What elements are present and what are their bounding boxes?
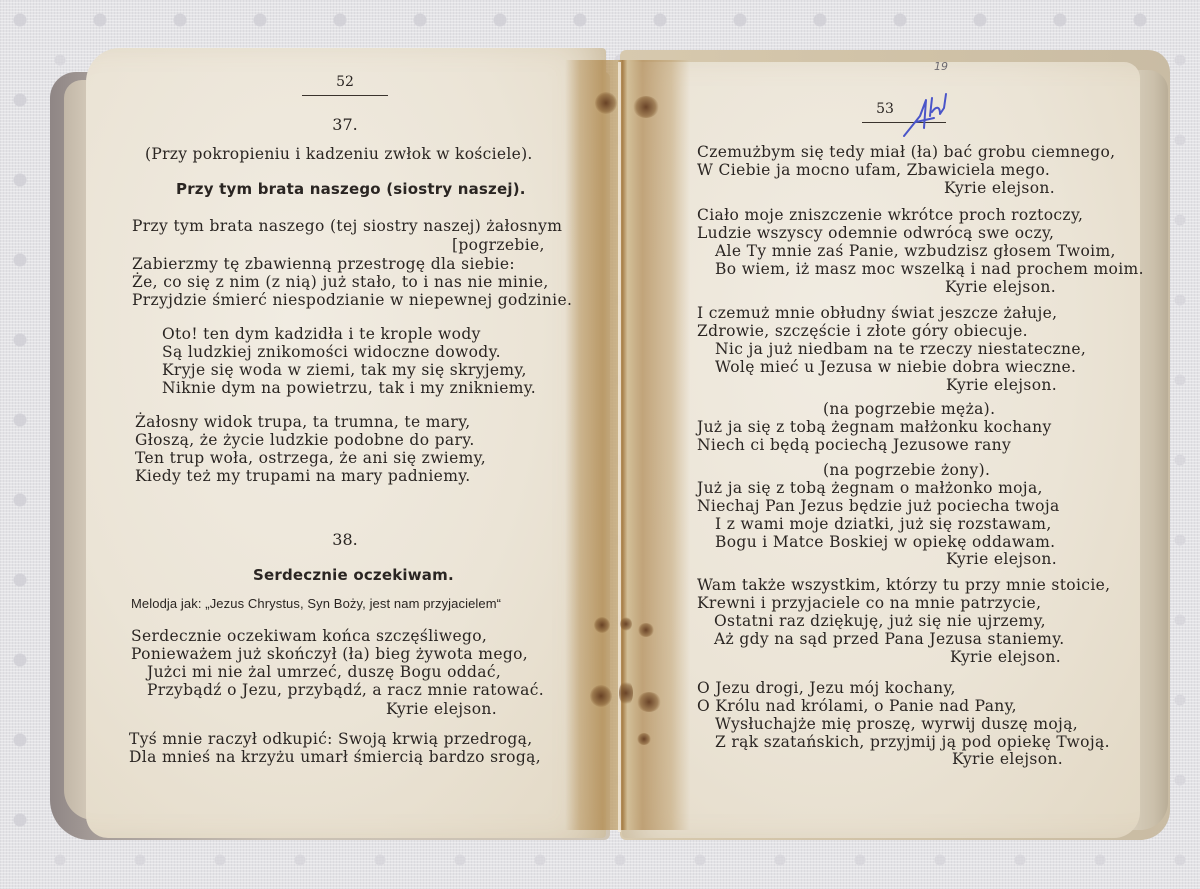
hymn-title-37: Przy tym brata naszego (siostry naszej). (176, 180, 526, 198)
verse-line: Ale Ty mnie zaś Panie, wzbudzisz głosem … (715, 242, 1116, 260)
stain (637, 692, 661, 712)
refrain: Kyrie elejson. (386, 700, 497, 718)
verse-line: Niech ci będą pociechą Jezusowe rany (697, 436, 1011, 454)
refrain: Kyrie elejson. (952, 750, 1063, 768)
verse-line: Tyś mnie raczył odkupić: Swoją krwią prz… (129, 730, 533, 748)
refrain: Kyrie elejson. (946, 376, 1057, 394)
stain (620, 617, 632, 631)
verse-line: Ciało moje zniszczenie wkrótce proch roz… (697, 206, 1083, 224)
verse-line: Przy tym brata naszego (tej siostry nasz… (132, 217, 562, 235)
verse-line: Ponieważem już skończył (ła) bieg żywota… (131, 645, 528, 663)
verse-line: Bogu i Matce Boskiej w opiekę oddawam. (715, 533, 1055, 551)
verse-line: I czemuż mnie obłudny świat jeszcze żału… (697, 304, 1057, 322)
subnote-husband: (na pogrzebie męża). (823, 400, 995, 418)
refrain: Kyrie elejson. (944, 179, 1055, 197)
verse-line: Wolę mieć u Jezusa w niebie dobra wieczn… (715, 358, 1076, 376)
stain (638, 623, 654, 637)
verse-line: Że, co się z nim (z nią) już stało, to i… (132, 273, 549, 291)
verse-line: Wysłuchajże mię proszę, wyrwij duszę moj… (715, 715, 1078, 733)
verse-line: Jużci mi nie żal umrzeć, duszę Bogu odda… (147, 663, 501, 681)
verse-line: Głoszą, że życie ludzkie podobne do pary… (135, 431, 475, 449)
verse-line: Przyjdzie śmierć niespodzianie w niepewn… (132, 291, 572, 309)
stain (594, 617, 610, 633)
verse-line: Kryje się woda w ziemi, tak my się skryj… (162, 361, 527, 379)
hymn-title-38: Serdecznie oczekiwam. (253, 566, 454, 584)
handwritten-signature-icon (900, 88, 960, 138)
hymn-number-37: 37. (300, 115, 390, 134)
verse-line: I z wami moje dziatki, już się rozstawam… (715, 515, 1052, 533)
verse-line: W Ciebie ja mocno ufam, Zbawiciela mego. (697, 161, 1050, 179)
verse-line: Ludzie wszyscy odemnie odwrócą swe oczy, (697, 224, 1054, 242)
stain (637, 733, 651, 745)
stain (590, 685, 612, 707)
gutter-stain (565, 60, 690, 830)
verse-line: O Jezu drogi, Jezu mój kochany, (697, 679, 956, 697)
stain (633, 96, 659, 118)
verse-line: Żałosny widok trupa, ta trumna, te mary, (135, 413, 471, 431)
verse-line: Krewni i przyjaciele co na mnie patrzyci… (697, 594, 1041, 612)
melody-note: Melodja jak: „Jezus Chrystus, Syn Boży, … (131, 596, 501, 611)
verse-line: Zdrowie, szczęście i złote góry obiecuje… (697, 322, 1028, 340)
page-number-rule-left (302, 95, 388, 96)
refrain: Kyrie elejson. (945, 278, 1056, 296)
pencil-mark: 19 (934, 60, 948, 73)
verse-line: Nic ja już niedbam na te rzeczy niestate… (715, 340, 1086, 358)
verse-line: Niknie dym na powietrzu, tak i my znikni… (162, 379, 536, 397)
refrain: Kyrie elejson. (946, 550, 1057, 568)
verse-line: Niechaj Pan Jezus będzie już pociecha tw… (697, 497, 1060, 515)
verse-line: Z rąk szatańskich, przyjmij ją pod opiek… (715, 733, 1110, 751)
verse-line: Wam także wszystkim, którzy tu przy mnie… (697, 576, 1110, 594)
verse-line: Ostatni raz dziękuję, już się nie ujrzem… (714, 612, 1046, 630)
refrain: Kyrie elejson. (950, 648, 1061, 666)
hymn-number-38: 38. (300, 530, 390, 549)
verse-line: Już ja się z tobą żegnam o małżonko moja… (697, 479, 1043, 497)
verse-line: Oto! ten dym kadzidła i te krople wody (162, 325, 481, 343)
verse-line: Już ja się z tobą żegnam małżonku kochan… (697, 418, 1052, 436)
verse-line: Są ludzkiej znikomości widoczne dowody. (162, 343, 501, 361)
verse-line: O Królu nad królami, o Panie nad Pany, (697, 697, 1017, 715)
verse-line: Zabierzmy tę zbawienną przestrogę dla si… (132, 255, 515, 273)
hymn-occasion: (Przy pokropieniu i kadzeniu zwłok w koś… (145, 145, 533, 163)
gutter-fold (618, 62, 621, 832)
verse-line: Ten trup woła, ostrzega, że ani się zwie… (135, 449, 486, 467)
verse-line: Bo wiem, iż masz moc wszelką i nad proch… (715, 260, 1144, 278)
subnote-wife: (na pogrzebie żony). (823, 461, 990, 479)
verse-line: Przybądź o Jezu, przybądź, a racz mnie r… (147, 681, 544, 699)
verse-line: Dla mnieś na krzyżu umarł śmiercią bardz… (129, 748, 541, 766)
verse-line: Czemużbym się tedy miał (ła) bać grobu c… (697, 143, 1115, 161)
verse-line: [pogrzebie, (452, 236, 545, 254)
verse-line: Aż gdy na sąd przed Pana Jezusa staniemy… (714, 630, 1065, 648)
verse-line: Kiedy też my trupami na mary padniemy. (135, 467, 471, 485)
stain (595, 92, 617, 114)
verse-line: Serdecznie oczekiwam końca szczęśliwego, (131, 627, 487, 645)
page-number-left: 52 (300, 74, 390, 90)
stain (619, 680, 633, 706)
